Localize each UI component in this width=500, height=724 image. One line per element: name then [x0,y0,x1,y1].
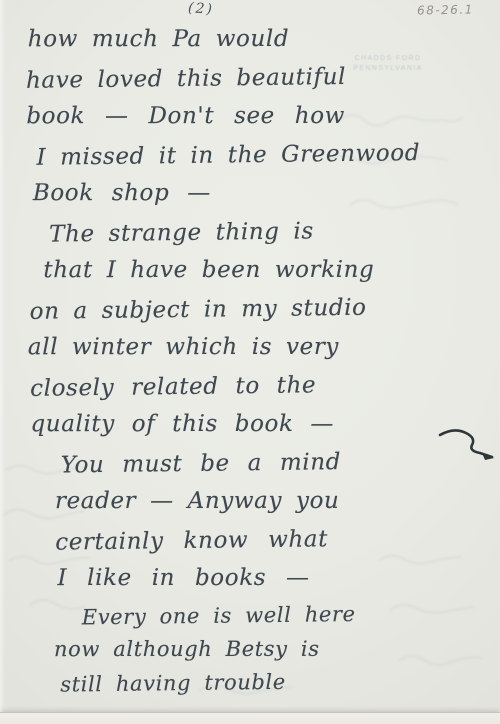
handwriting-line: The strange thing is [49,210,491,254]
handwriting-line: still having trouble [60,663,494,700]
handwriting-line: book — Don't see how [26,97,490,136]
handwriting-line: Every one is well here [82,595,494,635]
handwriting-line: now although Betsy is [54,632,494,665]
handwriting-line: that I have been working [43,251,491,290]
handwriting-line: I missed it in the Greenwood [36,133,490,177]
handwriting-line: on a subject in my studio [29,287,491,331]
letter-scan: (2) 68-26.1 CHADDS FORD PENNSYLVANIA how… [0,0,500,724]
accession-number: 68-26.1 [417,3,474,18]
handwriting-line: all winter which is very [28,328,492,367]
handwriting-line: quality of this book — [30,405,492,444]
handwriting-line: Book shop — [33,174,491,213]
letter-body: how much Pa would have loved this beauti… [26,18,495,699]
handwriting-line: reader — Anyway you [55,482,493,521]
page-number: (2) [187,0,214,18]
handwriting-line: closely related to the [30,364,492,408]
handwriting-line: have loved this beautiful [26,56,490,100]
handwriting-line: certainly know what [55,518,493,562]
handwriting-line: how much Pa would [28,20,490,59]
paper-bottom-edge [0,712,500,724]
handwriting-line: I like in books — [58,559,494,598]
handwriting-line: You must be a mind [61,441,493,485]
